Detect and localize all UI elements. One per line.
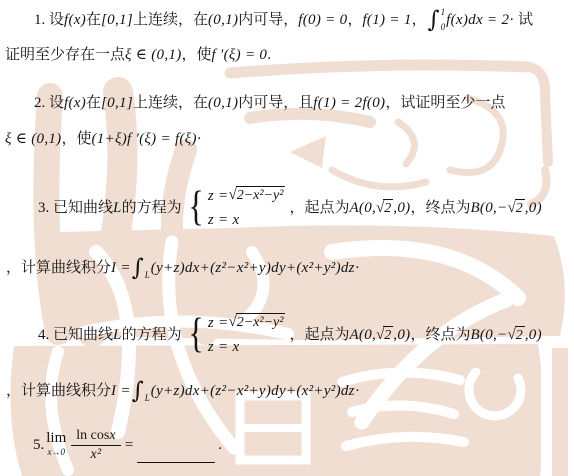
integral-icon: ∫: [132, 257, 144, 280]
text-segment: 2. 设: [34, 93, 64, 113]
math-segment: [0,1]: [101, 10, 133, 30]
text-segment: ·: [355, 381, 360, 401]
text-segment: ·: [197, 129, 202, 149]
text-segment: ，起点为: [289, 325, 349, 345]
math-segment: z =: [208, 186, 229, 206]
math-segment: ,0): [393, 325, 410, 345]
text-segment: 的方程为: [122, 198, 182, 218]
integral-lower: 0: [441, 23, 446, 32]
problem-5-line-1: 5. limx→0ln cos xx² = .: [33, 423, 222, 467]
math-segment: I =: [111, 381, 131, 401]
limit: limx→0: [46, 431, 66, 460]
cases-row: z = √2−x²−y²: [208, 313, 286, 333]
math-segment: x: [109, 428, 116, 444]
integral-icon: ∫: [132, 380, 144, 403]
text-segment: 1. 设: [34, 10, 64, 30]
text-segment: 在: [86, 10, 101, 30]
math-segment: ,0): [393, 198, 410, 218]
text-segment: ，试证明至少一点: [385, 93, 505, 113]
math-segment: f(x): [64, 93, 86, 113]
radicand: 2: [383, 326, 393, 344]
math-segment: f(x)dx = 2: [446, 10, 509, 30]
watermark-seal-dragon-icon: [0, 0, 574, 476]
math-segment: I =: [111, 258, 131, 278]
text-segment: ，使: [61, 129, 91, 149]
left-brace-icon: {: [188, 316, 203, 354]
math-segment: (0,1): [208, 93, 238, 113]
square-root: √2: [376, 326, 393, 344]
text-segment: · 试: [509, 10, 533, 30]
math-segment: z = x: [208, 210, 240, 230]
text-segment: ln cos: [76, 428, 109, 444]
math-segment: (y+z)dx+(z²−x²+y)dy+(x²+y²)dz: [151, 381, 355, 401]
integral-bounds: 10: [441, 8, 446, 32]
math-segment: =: [124, 435, 134, 455]
text-segment: 在: [86, 93, 101, 113]
integral-icon: ∫: [428, 9, 440, 32]
problem-3-line-1: 3. 已知曲线 L 的方程为 {z = √2−x²−y²z = x ，起点为 A…: [38, 182, 542, 234]
problem-3-line-2: ，计算曲线积分 I = ∫ L(y+z)dx+(z²−x²+y)dy+(x²+y…: [6, 256, 360, 280]
math-segment: (0,1): [208, 10, 238, 30]
problem-1-line-2: 证明至少存在一点 ξ ∈ (0,1) ，使 f ′(ξ) = 0.: [5, 45, 271, 65]
radicand: 2: [515, 326, 525, 344]
left-brace-icon: {: [188, 189, 203, 227]
integral-upper: 1: [441, 8, 446, 17]
math-segment: (y+z)dx+(z²−x²+y)dy+(x²+y²)dz: [151, 258, 355, 278]
integral-bounds: L: [145, 256, 150, 280]
integral-upper: [145, 379, 150, 388]
cases-row: z = x: [208, 337, 240, 357]
text-segment: ，终点为: [410, 198, 470, 218]
math-segment: B(0,−: [470, 325, 507, 345]
fraction-numerator: ln cos x: [71, 428, 121, 446]
math-segment: z =: [208, 313, 229, 333]
math-segment: L: [113, 325, 122, 345]
radicand: 2−x²−y²: [236, 186, 286, 204]
problem-2-line-2: ξ ∈ (0,1) ，使 (1+ξ)f ′(ξ) = f(ξ)·: [5, 129, 202, 149]
text-segment: 内可导，且: [238, 93, 313, 113]
math-segment: f(1) = 2f(0): [313, 93, 385, 113]
text-segment: ，: [347, 10, 362, 30]
square-root: √2: [508, 326, 525, 344]
math-segment: ,0): [525, 325, 542, 345]
integral: ∫ L: [132, 256, 150, 280]
math-segment: (1+ξ)f ′(ξ) = f(ξ): [91, 129, 196, 149]
radicand: 2: [383, 199, 393, 217]
text-segment: ，起点为: [289, 198, 349, 218]
text-segment: ，使: [181, 45, 211, 65]
math-segment: ξ ∈ (0,1): [5, 129, 61, 149]
square-root: √2−x²−y²: [228, 186, 285, 204]
cases-rows: z = √2−x²−y²z = x: [208, 186, 286, 230]
text-segment: ·: [355, 258, 360, 278]
math-segment: L: [113, 198, 122, 218]
text-segment: 证明至少存在一点: [5, 45, 125, 65]
text-segment: 3. 已知曲线: [38, 198, 113, 218]
text-segment: .: [218, 435, 222, 455]
math-segment: [0,1]: [101, 93, 133, 113]
cases-system: {z = √2−x²−y²z = x: [186, 186, 286, 230]
answer-blank-line: [137, 448, 215, 463]
math-segment: ,0): [525, 198, 542, 218]
cases-row: z = √2−x²−y²: [208, 186, 286, 206]
document-page: { "page": { "background": "#ffffff", "te…: [0, 0, 574, 476]
text-segment: 上连续，在: [133, 93, 208, 113]
math-segment: z = x: [208, 337, 240, 357]
cases-rows: z = √2−x²−y²z = x: [208, 313, 286, 357]
text-segment: 的方程为: [122, 325, 182, 345]
square-root: √2: [376, 199, 393, 217]
limit-word: lim: [46, 431, 66, 446]
cases-system: {z = √2−x²−y²z = x: [186, 313, 286, 357]
integral-lower: L: [145, 271, 150, 280]
integral: ∫10: [428, 8, 445, 32]
limit-subscript: x→0: [48, 445, 66, 460]
math-segment: f(0) = 0: [298, 10, 347, 30]
problem-4-line-1: 4. 已知曲线 L 的方程为 {z = √2−x²−y²z = x ，起点为 A…: [38, 309, 542, 361]
math-segment: ξ ∈ (0,1): [125, 45, 181, 65]
math-segment: f(1) = 1: [362, 10, 411, 30]
text-segment: .: [267, 45, 271, 65]
fraction-denominator: x²: [91, 446, 102, 463]
math-segment: A(0,: [349, 325, 376, 345]
integral: ∫ L: [132, 379, 150, 403]
integral-bounds: L: [145, 379, 150, 403]
problem-1-line-1: 1. 设 f(x) 在 [0,1] 上连续，在 (0,1) 内可导， f(0) …: [34, 8, 533, 32]
text-segment: ，计算曲线积分: [6, 258, 111, 278]
text-segment: 4. 已知曲线: [38, 325, 113, 345]
text-segment: 5.: [33, 435, 44, 455]
integral-lower: L: [145, 394, 150, 403]
text-segment: 上连续，在: [133, 10, 208, 30]
fraction: ln cos xx²: [71, 428, 121, 463]
cases-row: z = x: [208, 210, 240, 230]
text-segment: ，计算曲线积分: [6, 381, 111, 401]
math-segment: x²: [91, 447, 102, 463]
text-segment: 内可导，: [238, 10, 298, 30]
square-root: √2−x²−y²: [228, 313, 285, 331]
square-root: √2: [508, 199, 525, 217]
text-segment: ，: [412, 10, 427, 30]
integral-upper: [145, 256, 150, 265]
radicand: 2−x²−y²: [236, 313, 286, 331]
math-segment: f ′(ξ) = 0: [212, 45, 268, 65]
math-segment: f(x): [64, 10, 86, 30]
text-segment: ，终点为: [410, 325, 470, 345]
math-segment: B(0,−: [470, 198, 507, 218]
problem-2-line-1: 2. 设 f(x) 在 [0,1] 上连续，在 (0,1) 内可导，且 f(1)…: [34, 93, 505, 113]
math-segment: A(0,: [349, 198, 376, 218]
radicand: 2: [515, 199, 525, 217]
problem-4-line-2: ，计算曲线积分 I = ∫ L(y+z)dx+(z²−x²+y)dy+(x²+y…: [6, 379, 360, 403]
